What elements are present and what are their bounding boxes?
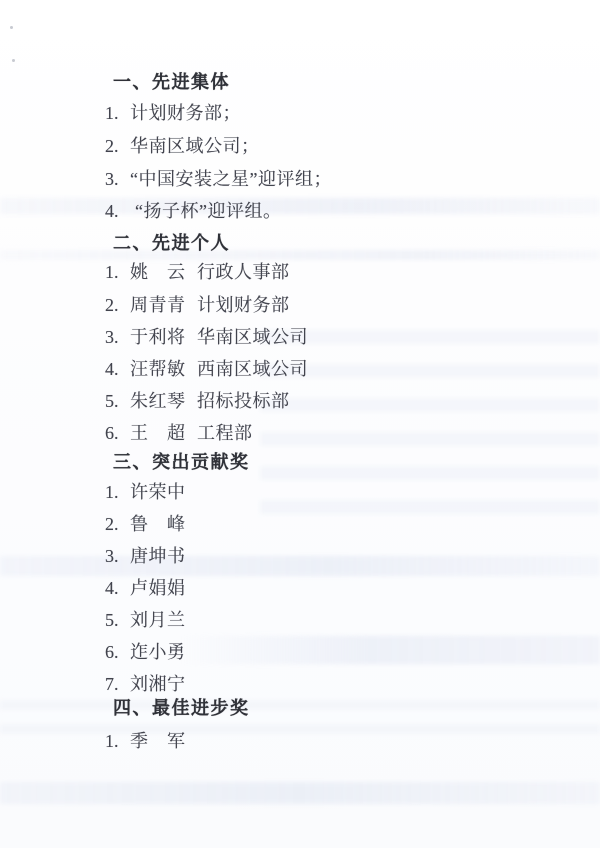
list-item: 3.“中国安装之星”迎评组； [105, 169, 332, 189]
person-name: 卢娟娟 [130, 578, 186, 598]
person-row: 4.汪帮敏西南区域公司 [105, 359, 308, 379]
item-number: 5. [105, 610, 130, 630]
person-row: 6.王 超工程部 [105, 423, 253, 443]
scan-streak [180, 636, 600, 664]
person-name: 刘月兰 [130, 610, 186, 630]
person-name: 鲁 峰 [130, 514, 186, 534]
list-item: 2.华南区域公司； [105, 136, 260, 156]
person-department: 华南区域公司 [197, 327, 308, 347]
scan-speck [10, 26, 13, 29]
item-number: 2. [105, 295, 130, 315]
item-number: 2. [105, 136, 130, 156]
scan-streak [0, 782, 600, 804]
person-name: 迮小勇 [130, 642, 186, 662]
item-number: 1. [105, 262, 130, 282]
person-department: 计划财务部 [197, 295, 290, 315]
person-name: 刘湘宁 [130, 674, 186, 694]
list-item: 2.鲁 峰 [105, 514, 186, 534]
list-item: 6.迮小勇 [105, 642, 186, 662]
person-name: 于利将 [130, 327, 197, 347]
scan-mottling [260, 330, 600, 530]
person-name: 王 超 [130, 423, 197, 443]
person-department: 行政人事部 [197, 262, 290, 282]
person-name: 姚 云 [130, 262, 197, 282]
item-number: 2. [105, 514, 130, 534]
item-number: 1. [105, 731, 130, 751]
scan-mottling [0, 700, 600, 734]
person-name: 周青青 [130, 295, 197, 315]
item-text: 华南区域公司； [130, 136, 260, 156]
item-number: 1. [105, 103, 130, 123]
section-heading-advanced-individuals: 二、先进个人 [113, 233, 230, 253]
list-item: 7.刘湘宁 [105, 674, 186, 694]
scan-streak [0, 198, 600, 214]
item-text: “中国安装之星”迎评组； [130, 169, 332, 189]
scanned-document-page: 一、先进集体 1.计划财务部； 2.华南区域公司； 3.“中国安装之星”迎评组；… [0, 0, 600, 848]
item-number: 6. [105, 423, 130, 443]
section-heading-outstanding-contribution: 三、突出贡献奖 [113, 452, 250, 472]
person-row: 3.于利将华南区域公司 [105, 327, 308, 347]
item-text: “扬子杯”迎评组。 [130, 201, 281, 221]
item-text: 计划财务部； [130, 103, 241, 123]
list-item: 5.刘月兰 [105, 610, 186, 630]
person-row: 5.朱红琴招标投标部 [105, 391, 290, 411]
item-number: 7. [105, 674, 130, 694]
person-department: 工程部 [197, 423, 253, 443]
person-row: 2.周青青计划财务部 [105, 295, 290, 315]
person-row: 1.季 军 [105, 731, 197, 751]
list-item: 1.计划财务部； [105, 103, 241, 123]
scan-streak [0, 250, 600, 260]
person-department: 西南区域公司 [197, 359, 308, 379]
item-number: 4. [105, 359, 130, 379]
person-name: 季 军 [130, 731, 197, 751]
item-number: 3. [105, 169, 130, 189]
item-number: 3. [105, 546, 130, 566]
item-number: 6. [105, 642, 130, 662]
list-item: 4.卢娟娟 [105, 578, 186, 598]
item-number: 4. [105, 201, 130, 221]
scan-streak [0, 556, 600, 576]
person-name: 汪帮敏 [130, 359, 197, 379]
section-heading-advanced-groups: 一、先进集体 [113, 72, 230, 92]
item-number: 5. [105, 391, 130, 411]
section-heading-best-progress: 四、最佳进步奖 [113, 698, 250, 718]
person-name: 朱红琴 [130, 391, 197, 411]
item-number: 1. [105, 482, 130, 502]
person-row: 1.姚 云行政人事部 [105, 262, 290, 282]
scan-speck [12, 59, 15, 62]
person-department: 招标投标部 [197, 391, 290, 411]
item-number: 4. [105, 578, 130, 598]
person-name: 许荣中 [130, 482, 186, 502]
list-item: 4. “扬子杯”迎评组。 [105, 201, 281, 221]
list-item: 1.许荣中 [105, 482, 186, 502]
person-name: 唐坤书 [130, 546, 186, 566]
list-item: 3.唐坤书 [105, 546, 186, 566]
item-number: 3. [105, 327, 130, 347]
